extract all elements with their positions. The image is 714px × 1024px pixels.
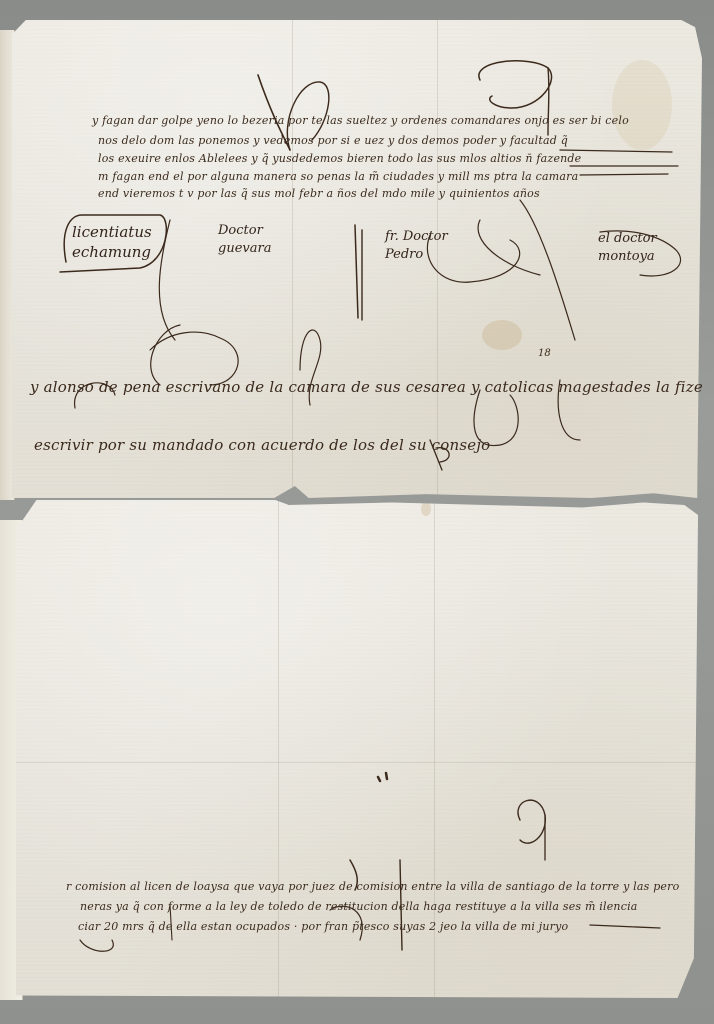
- marginal-mark: 18: [538, 348, 551, 359]
- manuscript-line: los exeuire enlos Ablelees y q̃ yusdedem…: [98, 152, 581, 165]
- manuscript-line: m fagan end el por alguna manera so pena…: [98, 170, 578, 183]
- closing-line: escrivir por su mandado con acuerdo de l…: [34, 436, 490, 454]
- signature-doctor-center: fr. Doctor Pedro: [385, 228, 485, 264]
- manuscript-line: nos delo dom las ponemos y vedemos por s…: [98, 134, 568, 147]
- paper-stain: [421, 502, 431, 516]
- signature-doctor-montoya: el doctor montoya: [598, 230, 688, 266]
- manuscript-line: y fagan dar golpe yeno lo bezeria por te…: [92, 114, 629, 127]
- fold-line: [16, 762, 698, 763]
- fold-line: [292, 20, 293, 498]
- manuscript-line: ciar 20 mrs q̃ de ella estan ocupados · …: [78, 920, 568, 933]
- manuscript-line: neras ya q̃ con forme a la ley de toledo…: [80, 900, 638, 913]
- paper-stain: [482, 320, 522, 350]
- closing-line: y alonso de pena escrivano de la camara …: [30, 378, 703, 396]
- paper-stain: [612, 60, 672, 150]
- manuscript-line: end vieremos t v por las q̃ sus mol febr…: [98, 187, 540, 200]
- signature-doctor-guevara: Doctor guevara: [218, 222, 288, 258]
- signature-licentiatus: licentiatus echamung: [72, 222, 182, 262]
- manuscript-line: r comision al licen de loaysa que vaya p…: [66, 880, 679, 893]
